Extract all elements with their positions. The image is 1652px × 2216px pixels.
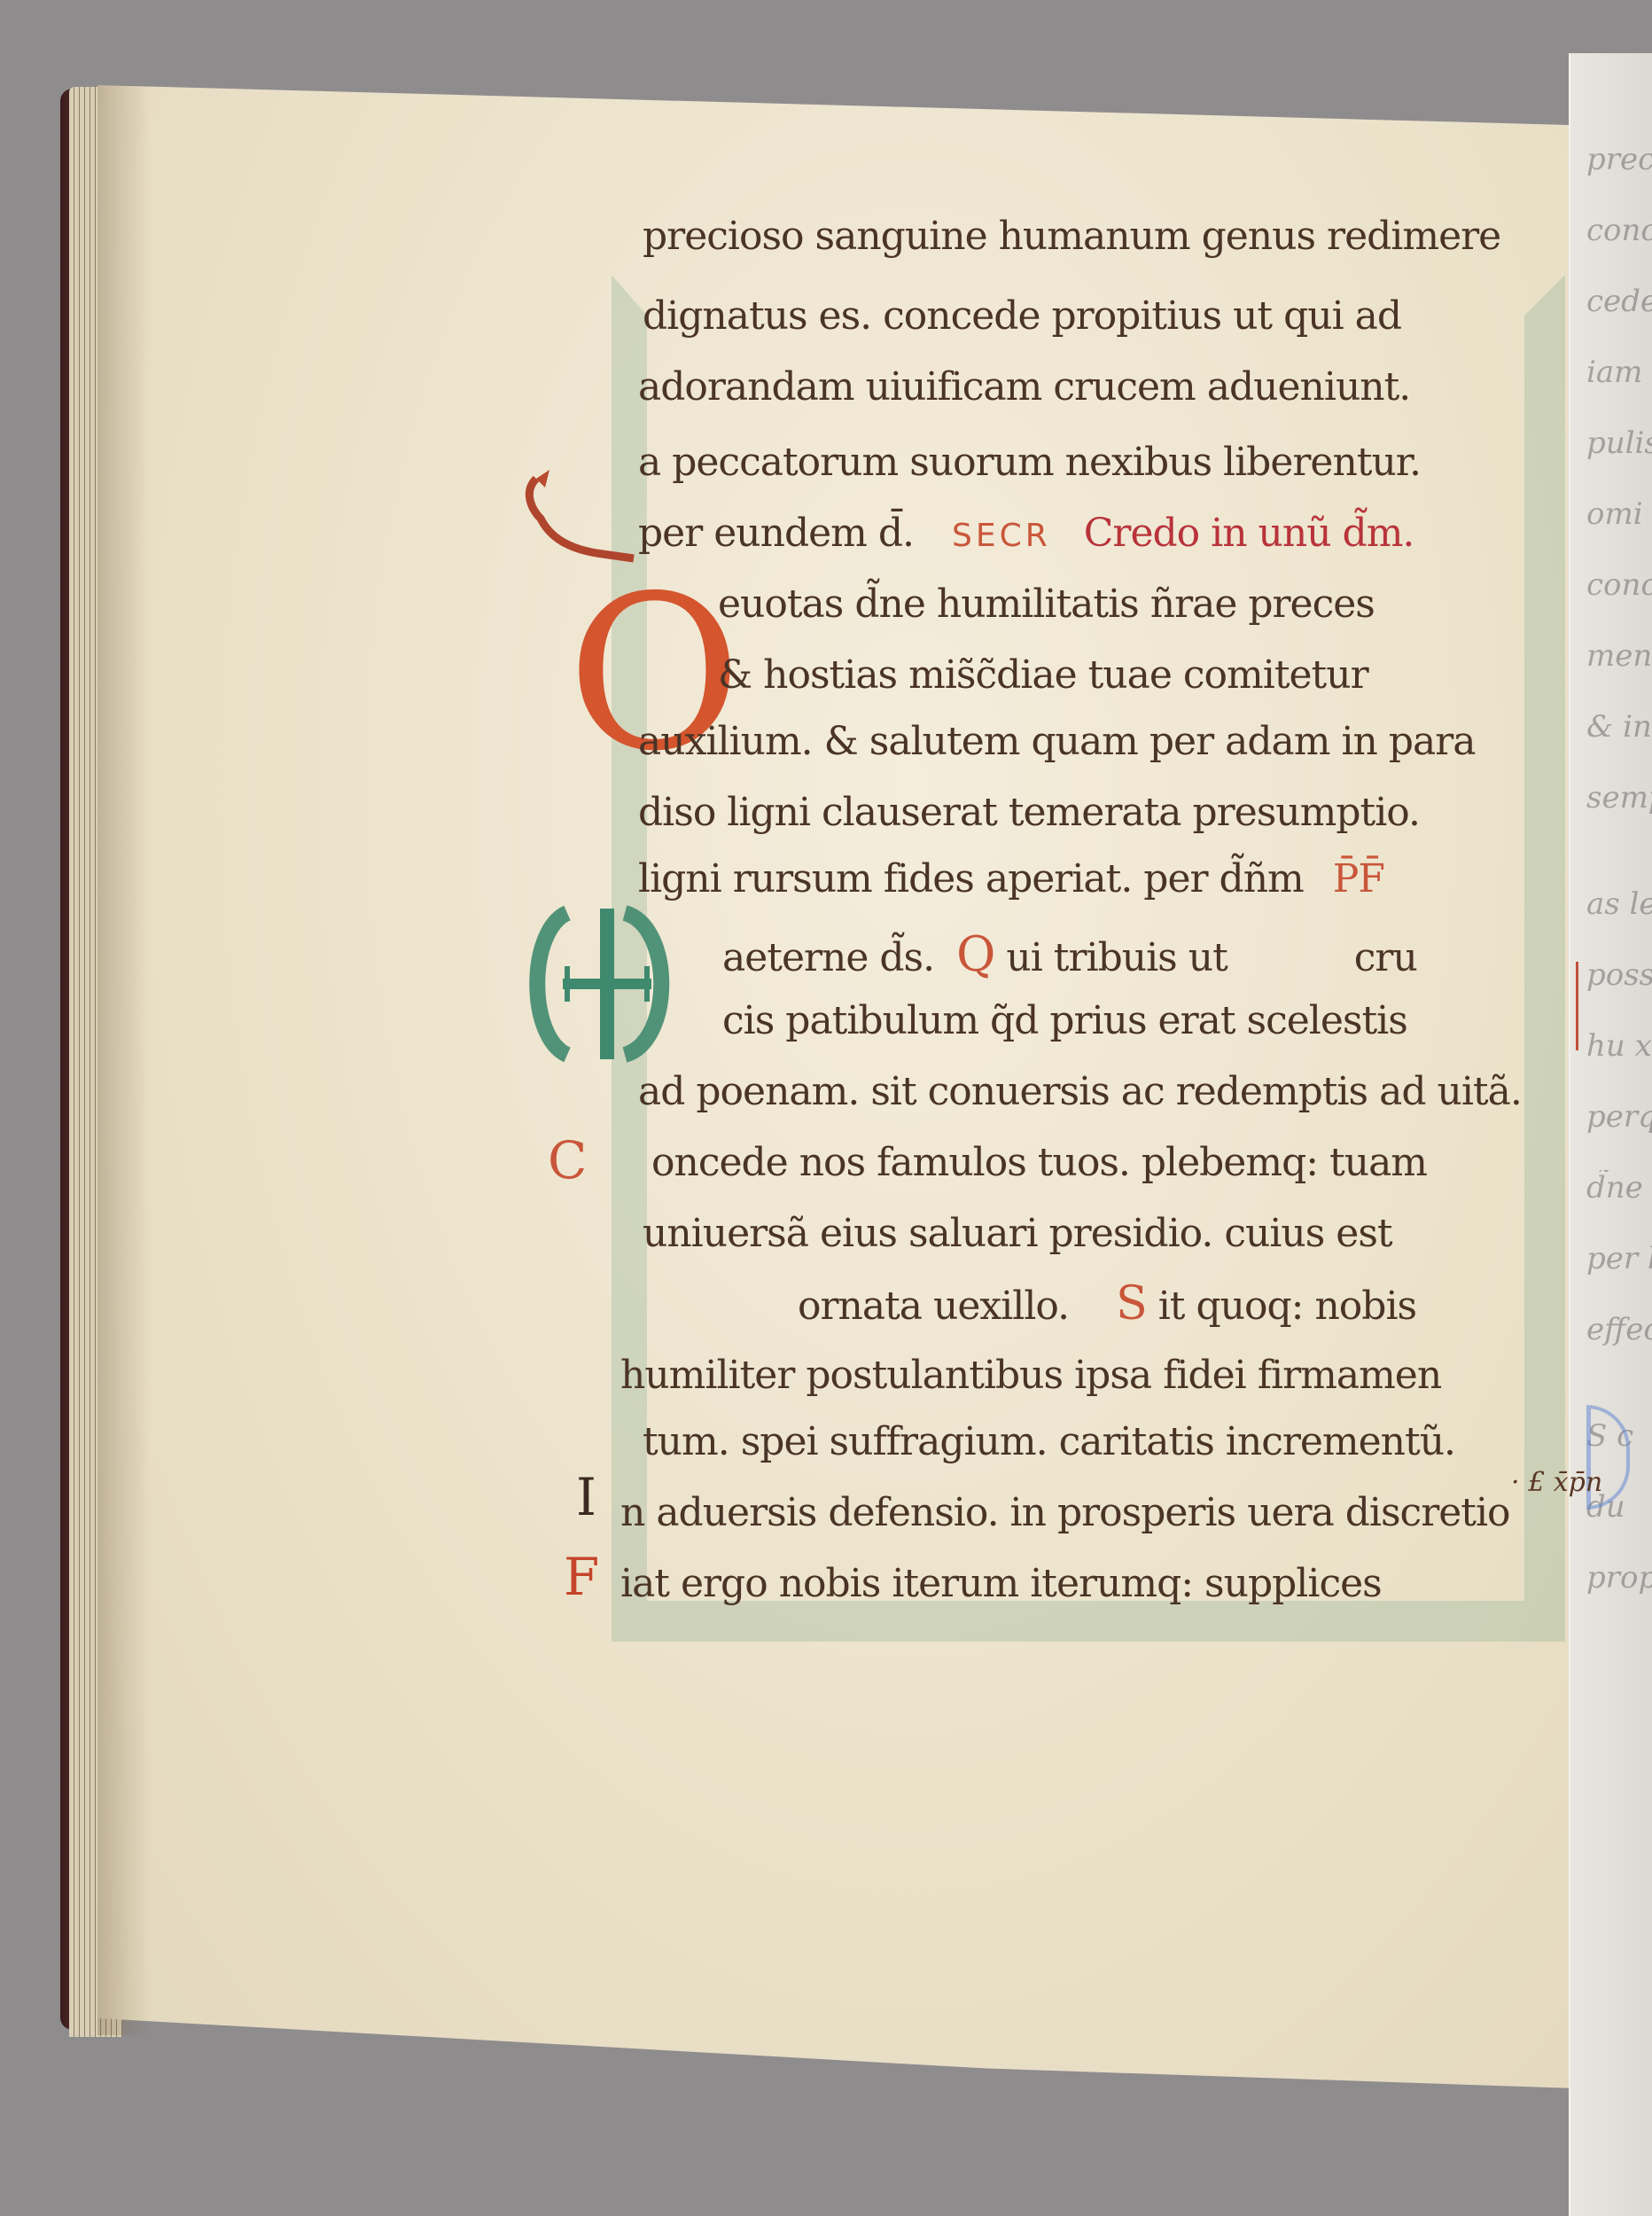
rubric-Q: Q — [956, 926, 994, 982]
text-segment: ligni rursum fides aperiat. per d̃ñm — [638, 856, 1304, 901]
facing-fragment: concedas — [1586, 567, 1652, 603]
facing-fragment: hu xp̄ d̃n — [1586, 1028, 1652, 1064]
text-segment: ui tribuis ut — [1006, 935, 1227, 980]
text-segment: it quoq: nobis — [1158, 1284, 1416, 1329]
margin-note: · £ x̄p̄n — [1511, 1467, 1602, 1498]
rubric-S: S — [1116, 1277, 1147, 1330]
facing-fragment: pulis & — [1586, 425, 1652, 461]
text-line-8: auxilium. & salutem quam per adam in par… — [638, 722, 1476, 761]
text-line-4: a peccatorum suorum nexibus liberentur. — [638, 443, 1421, 482]
facing-fragment: omi temp — [1586, 496, 1652, 532]
text-line-15: uniuersã eius saluari presidio. cuius e… — [643, 1214, 1392, 1253]
text-line-11: aeterne d̃s. Q ui tribuis ut cru — [722, 931, 1417, 979]
text-line-1: precioso sanguine humanum genus redimere — [643, 217, 1500, 256]
text-line-13: ad poenam. sit conuersis ac redemptis ad… — [638, 1073, 1522, 1112]
facing-fragment: per bene — [1586, 1241, 1652, 1276]
text-segment: per eundem d̄. — [638, 511, 914, 556]
text-line-7: & hostias mis̃c̃diae tuae comitetur — [718, 656, 1368, 695]
text-line-17: humiliter postulantibus ipsa fidei firma… — [620, 1356, 1441, 1395]
rubric-credo: Credo in unũ d̃m. — [1084, 511, 1414, 556]
initial-VD-monogram-icon — [518, 895, 696, 1073]
rubric-praefatio: P̄F̄ — [1333, 856, 1384, 901]
text-line-5: per eundem d̄. SECR Credo in unũ d̃m. — [638, 514, 1414, 553]
facing-fragment: iam prec — [1586, 355, 1652, 390]
facing-fragment: mentis & — [1586, 638, 1652, 674]
facing-fragment: perquem — [1586, 1099, 1652, 1135]
text-segment: aeterne d̃s. — [722, 935, 934, 980]
facing-fragment: precamu — [1586, 142, 1652, 177]
facing-fragment: cedente — [1586, 284, 1652, 319]
text-line-20: iat ergo nobis iterum iterumq: supplices — [620, 1564, 1382, 1603]
text-line-2: dignatus es. concede propitius ut qui ad — [643, 297, 1401, 336]
text-line-10: ligni rursum fides aperiat. per d̃ñm P̄… — [638, 860, 1384, 899]
facing-fragment: & in bonis — [1586, 709, 1652, 745]
facing-red-bracket — [1576, 962, 1578, 1050]
margin-initial-C: C — [548, 1130, 587, 1190]
facing-fragment: possidere — [1586, 957, 1652, 993]
text-line-19: n aduersis defensio. in prosperis uera d… — [620, 1494, 1510, 1533]
facing-fragment: as leg fi — [1586, 886, 1652, 922]
margin-initial-F: F — [564, 1547, 599, 1607]
facing-fragment: d̃ne d̃s m — [1586, 1170, 1652, 1206]
facing-fragment: concordi — [1586, 213, 1652, 248]
text-line-14: oncede nos famulos tuos. plebemq: tuam — [651, 1143, 1427, 1182]
text-line-6: euotas d̃ne humilitatis ñrae preces — [718, 585, 1375, 624]
rubric-secreta: SECR — [952, 518, 1051, 554]
facing-fragment: propitia — [1586, 1560, 1652, 1596]
text-line-16: ornata uexillo. S it quoq: nobis — [798, 1281, 1416, 1327]
text-line-12: cis patibulum q̃d prius erat scelestis — [722, 1002, 1407, 1041]
text-segment: cru — [1354, 935, 1417, 980]
text-line-18: tum. spei suffragium. caritatis incremen… — [643, 1423, 1455, 1462]
text-segment: ornata uexillo. — [798, 1284, 1069, 1329]
text-line-3: adorandam uiuificam crucem adueniunt. — [638, 368, 1410, 407]
margin-initial-I: I — [576, 1467, 596, 1527]
facing-fragment: sempitern — [1586, 780, 1652, 815]
gutter-shadow — [97, 85, 151, 2035]
facing-fragment: effecta — [1586, 1312, 1652, 1347]
text-line-9: diso ligni clauserat temerata presumptio… — [638, 793, 1420, 832]
manuscript-scene: precamu concordi cedente iam prec pulis … — [0, 0, 1652, 2216]
